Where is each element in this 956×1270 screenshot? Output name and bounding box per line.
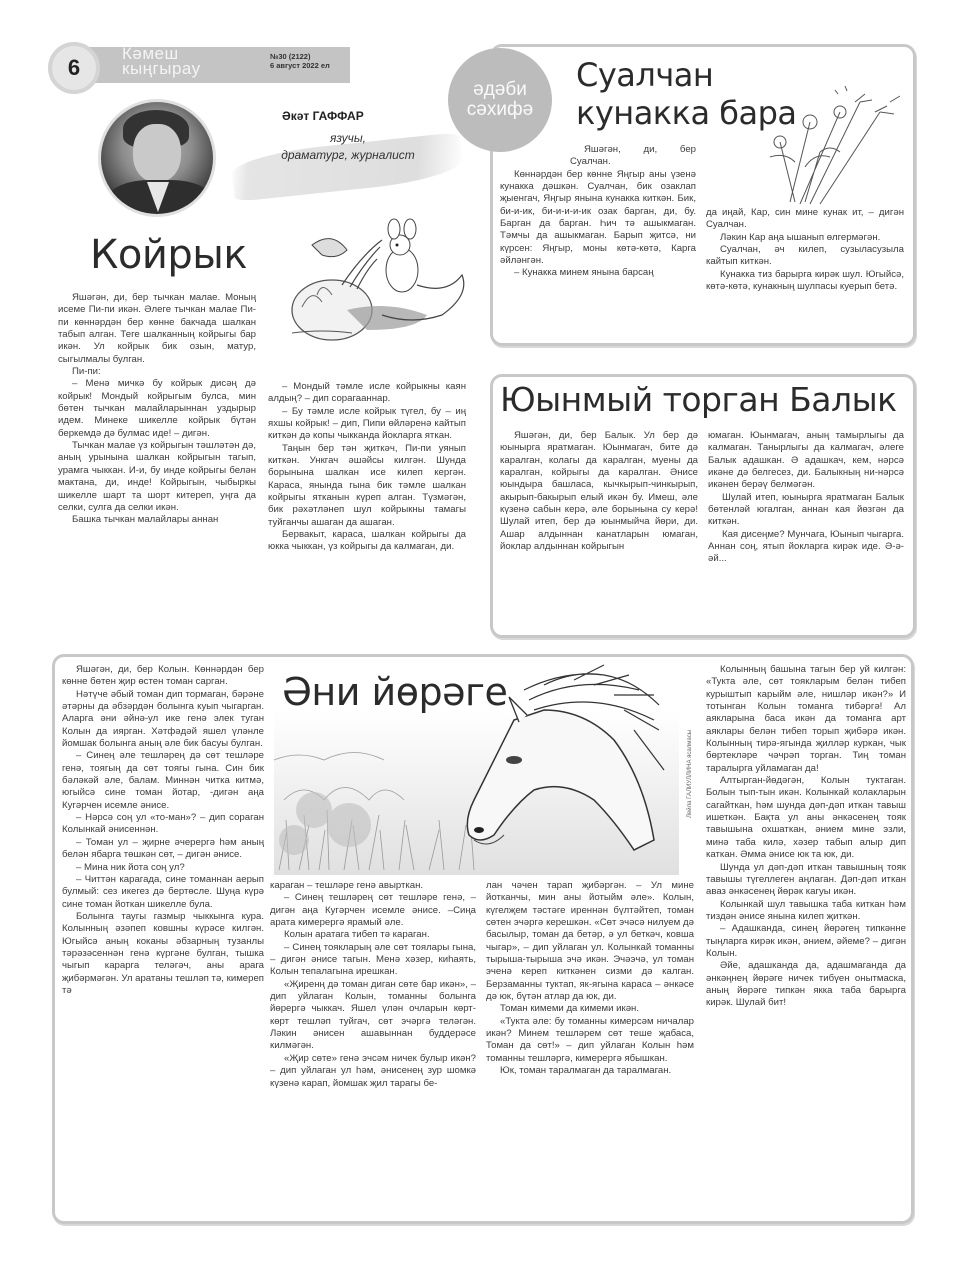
page-number-text: 6 [68, 55, 80, 81]
paragraph: Болынга таугы газмыр чыккынга кура. Колы… [62, 911, 264, 997]
paragraph: – Кунакка минем янына барсаң [500, 267, 696, 279]
paragraph: Көннәрдән бер көнне Яңгыр аны үзенә куна… [500, 169, 696, 268]
paragraph: Нәтүче әбый томан дип тормаган, бәрәне ә… [62, 689, 264, 751]
paragraph: – Мондый тәмле исле койрыкны каян алдың?… [268, 381, 466, 406]
badge-line2: сәхифә [467, 100, 533, 120]
paragraph: Суалчан, әч килеп, сузыласузыла кайтып к… [706, 244, 904, 269]
paragraph: Бервакыт, караса, шалкан койрыгы да юкка… [268, 529, 466, 554]
paragraph: – Читтән карагада, сине томаннан аерып б… [62, 874, 264, 911]
ani-column-1: Яшәгән, ди, бер Колын. Көннәрдән бер көн… [62, 664, 264, 997]
paragraph: лан чәчен тарап җибәргән. – Ул мине йотк… [486, 880, 694, 1003]
paragraph: Кунакка тиз барырга кирәк шул. Югыйсә, к… [706, 269, 904, 294]
sualchan-column-2: да иңай, Кар, син мине кунак ит, – дигән… [706, 207, 904, 293]
paragraph: Колынның башына тагын бер уй килгән: «Ту… [706, 664, 906, 775]
paragraph: да иңай, Кар, син мине кунак ит, – дигән… [706, 207, 904, 232]
illustration-credit: Лейла ГАЛИУЛЛИНА ясалмасы [687, 668, 697, 818]
paragraph: Яшәгән, ди, бер Суалчан. [500, 144, 696, 169]
koyryk-column-1: Яшәгән, ди, бер тычкан малае. Моның исем… [58, 292, 256, 527]
balyk-column-1: Яшәгән, ди, бер Балык. Ул бер дә юынырга… [500, 430, 698, 553]
paragraph: Юк, томан таралмаган да таралмаган. [486, 1065, 694, 1077]
author-role: язучы, драматург, журналист [248, 130, 448, 164]
portrait-face [133, 124, 181, 182]
author-photo [98, 99, 216, 217]
paragraph: юмаган. Юынмагач, аның тамырлыгы да калм… [708, 430, 904, 492]
paragraph: – Томан ул – җирне әчерергә һәм аның бел… [62, 837, 264, 862]
issue-date: 6 август 2022 ел [270, 61, 330, 70]
wildflowers-illustration-icon [750, 82, 910, 207]
author-role-line2: драматург, журналист [248, 147, 448, 164]
paragraph: Башка тычкан малайлары аннан [58, 514, 256, 526]
author-role-line1: язучы, [248, 130, 448, 147]
paragraph: Яшәгән, ди, бер тычкан малае. Моның исем… [58, 292, 256, 366]
paragraph: – Нәрсә соң ул «то-ман»? – дип сораган К… [62, 812, 264, 837]
paragraph: – Адашканда, синең йөрәгең типкәнне тыңл… [706, 923, 906, 960]
paragraph: «Җиренң дә томан диган сөте бар икән», –… [270, 979, 476, 1053]
paragraph: – Синең әле тешләрең дә сөт тешләре генә… [62, 750, 264, 812]
paragraph: «Җир сөте» генә эчсәм ничек булыр икән? … [270, 1053, 476, 1090]
section-badge-adabi-sahifa: әдәби сәхифә [448, 48, 552, 152]
issue-number: №30 (2122) [270, 52, 330, 61]
paragraph: Алтырган-йөдәгән, Колын туктаган. Болын … [706, 775, 906, 861]
paragraph: Колынкай шул тавышка таба киткан һәм тиз… [706, 899, 906, 924]
paragraph: – Бу тәмле исле койрык түгел, бу – иң ях… [268, 406, 466, 443]
paragraph: «Тукта әле: бу томанны кимерсәм ничалар … [486, 1016, 694, 1065]
issue-info: №30 (2122) 6 август 2022 ел [270, 52, 330, 70]
author-name: Әкәт ГАФФАР [282, 109, 364, 123]
ani-column-4: Колынның башына тагын бер уй килгән: «Ту… [706, 664, 906, 1010]
paragraph: Ләкин Кар аңа ышанып өлгермәгән. [706, 232, 904, 244]
paragraph: Томан кимеми да кимеми икән. [486, 1003, 694, 1015]
ani-column-2: караган – тешләре генә авырткан. – Синең… [270, 880, 476, 1090]
sualchan-column-1: Яшәгән, ди, бер Суалчан. Көннәрдән бер к… [500, 144, 696, 280]
paragraph: Әйе, адашканда да, адашмаганда да әнкәңн… [706, 960, 906, 1009]
badge-line1: әдәби [473, 80, 527, 100]
koyryk-column-2: – Мондый тәмле исле койрыкны каян алдың?… [268, 381, 466, 554]
paragraph: Колын аратага тибеп тә караган. [270, 929, 476, 941]
paragraph: Яшәгән, ди, бер Колын. Көннәрдән бер көн… [62, 664, 264, 689]
newspaper-name: Кәмеш кыңгырау [122, 46, 232, 76]
paragraph: Шулай итеп, юынырга яратмаган Балык бөте… [708, 492, 904, 529]
ani-column-3: лан чәчен тарап җибәргән. – Ул мине йотк… [486, 880, 694, 1078]
paragraph: Шунда ул дәп-дәп иткан тавышның тояк тав… [706, 862, 906, 899]
paragraph: Пи-пи: [58, 366, 256, 378]
mouse-turnip-illustration-icon [272, 215, 472, 345]
story-title-balyk: Юынмый торган Балык [500, 380, 897, 420]
paragraph: – Мина ник йота соң ул? [62, 862, 264, 874]
paragraph: – Синең тешләрең сөт тешләре генә, – диг… [270, 892, 476, 929]
page-number: 6 [48, 42, 100, 94]
paragraph: Таңын бер тән җиткәч, Пи-пи уянып киткән… [268, 443, 466, 529]
paragraph: Кая дисеңме? Мунчага, Юынып чыгарга. Анн… [708, 529, 904, 566]
paragraph: караган – тешләре генә авырткан. [270, 880, 476, 892]
paragraph: – Менә мичкә бу койрык дисәң дә койрык! … [58, 378, 256, 440]
story-title-ani-yorage: Әни йөрәге [282, 670, 507, 714]
paragraph: Тычкан малае үз койрыгын тәшләтән дә, ан… [58, 440, 256, 514]
paragraph: – Синең тоякларың әле сөт тоялары гына, … [270, 942, 476, 979]
newspaper-name-line2: кыңгырау [122, 61, 232, 76]
story-title-koyryk: Койрык [90, 232, 247, 278]
paragraph: Яшәгән, ди, бер Балык. Ул бер дә юынырга… [500, 430, 698, 553]
balyk-column-2: юмаган. Юынмагач, аның тамырлыгы да калм… [708, 430, 904, 566]
